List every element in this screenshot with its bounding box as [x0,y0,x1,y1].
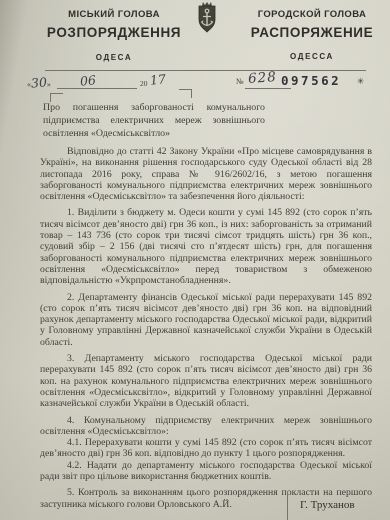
date-day-value: 30 [30,74,47,90]
date-year-value: 17 [149,71,166,88]
doc-title: Про погашення заборгованості комунальног… [43,101,265,140]
doc-point-1: 1. Виділити з бюджету м. Одеси кошти у с… [40,207,372,286]
doc-intro-paragraph: Відповідно до статті 42 Закону України «… [40,146,372,202]
city-name-uk: ОДЕСА [28,53,200,62]
document-number: 628 [248,70,277,86]
doc-type-uk: РОЗПОРЯДЖЕННЯ [28,25,200,40]
doc-point-3: 3. Департаменту міського господарства Од… [40,353,372,409]
month-underline [57,88,137,89]
date-century: 20 [140,79,148,88]
header-rule [45,70,366,71]
header-right: ГОРОДСКОЙ ГОЛОВА РАСПОРЯЖЕНИЕ [224,9,390,40]
doc-point-2: 2. Департаменту фінансів Одеської місько… [40,292,372,348]
title-corner-right-mark [179,89,192,98]
signature-divider [287,492,288,520]
header-left: МІСЬКИЙ ГОЛОВА РОЗПОРЯДЖЕННЯ [28,9,200,40]
doc-point-4-1: 4.1. Перерахувати кошти у сумі 145 892 (… [40,437,372,460]
odesa-coat-of-arms-icon [196,1,218,37]
number-label: № [236,77,244,86]
doc-body: Відповідно до статті 42 Закону України «… [40,146,372,510]
doc-point-4: 4. Комунальному підприємству електричних… [40,415,372,438]
number-underline [245,88,291,89]
signature-name: Г. Труханов [300,499,355,511]
org-name-uk: МІСЬКИЙ ГОЛОВА [28,9,200,20]
blank-serial-number: 097562 [281,73,341,88]
date-month: 06 [80,73,96,88]
doc-point-4-2: 4.2. Надати до департаменту міського гос… [40,460,372,483]
date-day: «30» [27,75,51,90]
date-month-value: 06 [79,72,96,89]
document-number-value: 628 [247,69,277,87]
document-photo: МІСЬКИЙ ГОЛОВА РОЗПОРЯДЖЕННЯ ГОРОДСКОЙ Г… [0,0,390,520]
date-year: 17 [150,72,166,87]
org-name-ru: ГОРОДСКОЙ ГОЛОВА [224,9,390,20]
city-name-ru: ОДЕССА [224,52,390,61]
serial-mark-icon: ✳ [357,76,364,87]
doc-type-ru: РАСПОРЯЖЕНИЕ [224,25,390,40]
